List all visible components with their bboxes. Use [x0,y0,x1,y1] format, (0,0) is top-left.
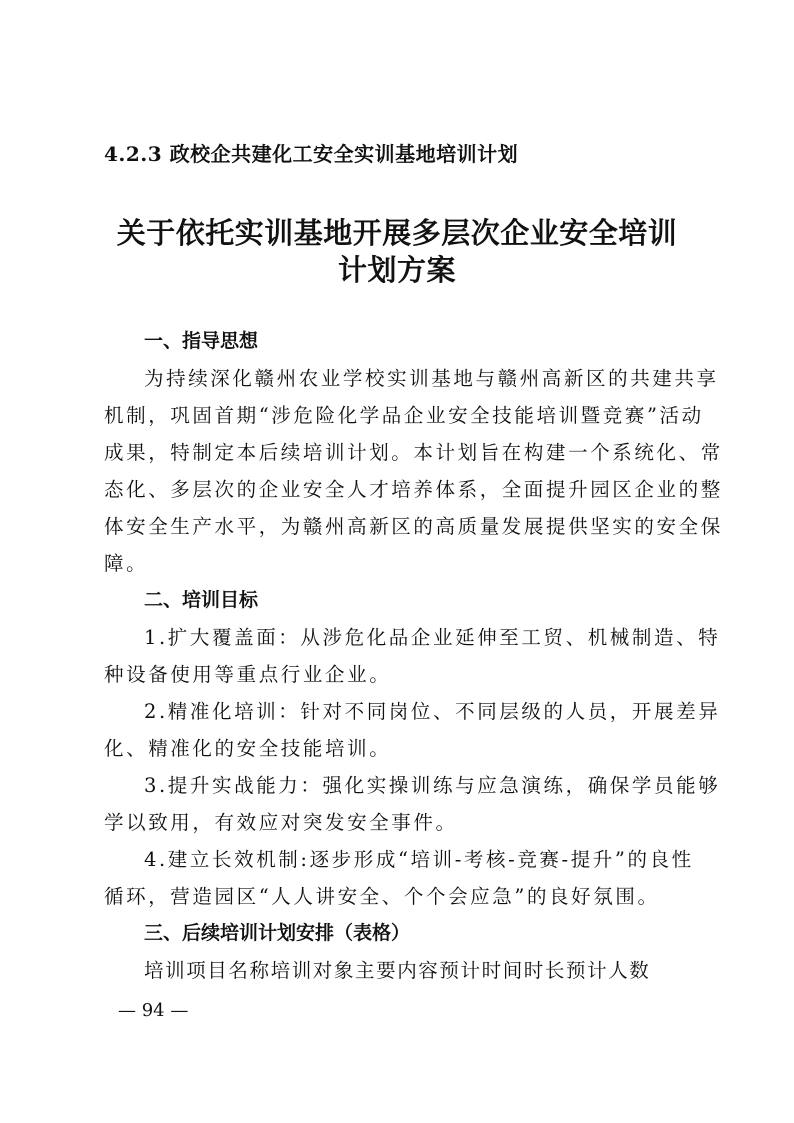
heading-training-goals: 二、培训目标 [144,585,258,612]
goal-line: 1.扩大覆盖面：从涉危化品企业延伸至工贸、机械制造、特 [144,622,720,650]
paragraph-line: 障。 [104,548,148,576]
paragraph-line: 态化、多层次的企业安全人才培养体系，全面提升园区企业的整 [104,474,723,502]
document-title-line-1: 关于依托实训基地开展多层次企业安全培训 [0,214,794,252]
goal-line: 4.建立长效机制:逐步形成“培训-考核-竞赛-提升”的良性 [144,844,694,872]
heading-guiding-ideology: 一、指导思想 [144,326,258,353]
goal-line: 3.提升实战能力：强化实操训练与应急演练，确保学员能够 [144,770,720,798]
goal-line: 2.精准化培训：针对不同岗位、不同层级的人员，开展差异 [144,696,720,724]
table-header-text: 培训项目名称培训对象主要内容预计时间时长预计人数 [144,955,650,983]
paragraph-line: 成果，特制定本后续培训计划。本计划旨在构建一个系统化、常 [104,437,723,465]
goal-line: 学以致用，有效应对突发安全事件。 [104,807,458,835]
paragraph-line: 为持续深化赣州农业学校实训基地与赣州高新区的共建共享 [144,363,719,391]
page-number: — 94 — [118,1000,188,1021]
section-heading: 4.2.3 政校企共建化工安全实训基地培训计划 [104,138,518,167]
goal-line: 种设备使用等重点行业企业。 [104,659,391,687]
goal-line: 化、精准化的安全技能培训。 [104,733,391,761]
paragraph-line: 机制，巩固首期“涉危险化学品企业安全技能培训暨竞赛”活动 [104,400,704,428]
heading-training-schedule: 三、后续培训计划安排（表格） [144,918,410,945]
goal-line: 循环，营造园区“人人讲安全、个个会应急”的良好氛围。 [104,881,660,909]
document-title-line-2: 计划方案 [0,251,794,289]
paragraph-line: 体安全生产水平，为赣州高新区的高质量发展提供坚实的安全保 [104,511,723,539]
